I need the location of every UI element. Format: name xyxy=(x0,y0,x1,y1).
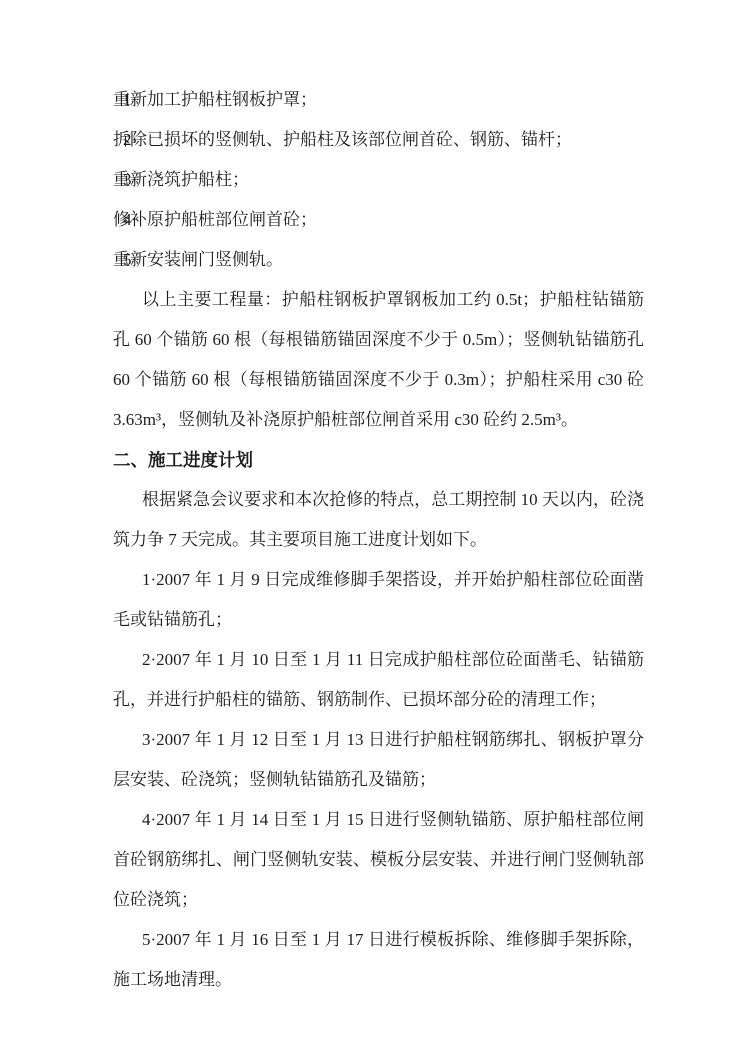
work-item-text: 重新安装闸门竖侧轨。 xyxy=(113,250,283,269)
schedule-item: 4·2007 年 1 月 14 日至 1 月 15 日进行竖侧轨锚筋、原护船柱部… xyxy=(113,800,644,920)
work-list-item: 4· 修补原护船桩部位闸首砼； xyxy=(113,200,644,240)
work-item-number: 3· xyxy=(123,160,137,200)
work-item-text: 修补原护船桩部位闸首砼； xyxy=(113,210,317,229)
work-item-number: 5· xyxy=(123,240,137,280)
section-heading: 二、施工进度计划 xyxy=(113,440,644,480)
work-list-item: 2· 拆除已损坏的竖侧轨、护船柱及该部位闸首砼、钢筋、锚杆； xyxy=(113,120,644,160)
work-item-number: 4· xyxy=(123,200,137,240)
schedule-item: 2·2007 年 1 月 10 日至 1 月 11 日完成护船柱部位砼面凿毛、钻… xyxy=(113,640,644,720)
quantities-paragraph: 以上主要工程量：护船柱钢板护罩钢板加工约 0.5t；护船柱钻锚筋孔 60 个锚筋… xyxy=(113,280,644,440)
document-page: 1· 重新加工护船柱钢板护罩； 2· 拆除已损坏的竖侧轨、护船柱及该部位闸首砼、… xyxy=(0,0,744,1052)
work-item-text: 拆除已损坏的竖侧轨、护船柱及该部位闸首砼、钢筋、锚杆； xyxy=(113,130,572,149)
schedule-item: 3·2007 年 1 月 12 日至 1 月 13 日进行护船柱钢筋绑扎、钢板护… xyxy=(113,720,644,800)
work-list-item: 5· 重新安装闸门竖侧轨。 xyxy=(113,240,644,280)
work-list-item: 1· 重新加工护船柱钢板护罩； xyxy=(113,80,644,120)
intro-paragraph: 根据紧急会议要求和本次抢修的特点，总工期控制 10 天以内，砼浇筑力争 7 天完… xyxy=(113,480,644,560)
schedule-item: 5·2007 年 1 月 16 日至 1 月 17 日进行模板拆除、维修脚手架拆… xyxy=(113,920,644,1000)
work-item-number: 1· xyxy=(123,80,137,120)
document-body: 1· 重新加工护船柱钢板护罩； 2· 拆除已损坏的竖侧轨、护船柱及该部位闸首砼、… xyxy=(113,80,644,1000)
work-list-item: 3· 重新浇筑护船柱； xyxy=(113,160,644,200)
work-item-text: 重新加工护船柱钢板护罩； xyxy=(113,90,317,109)
work-item-number: 2· xyxy=(123,120,137,160)
schedule-item: 1·2007 年 1 月 9 日完成维修脚手架搭设，并开始护船柱部位砼面凿毛或钻… xyxy=(113,560,644,640)
